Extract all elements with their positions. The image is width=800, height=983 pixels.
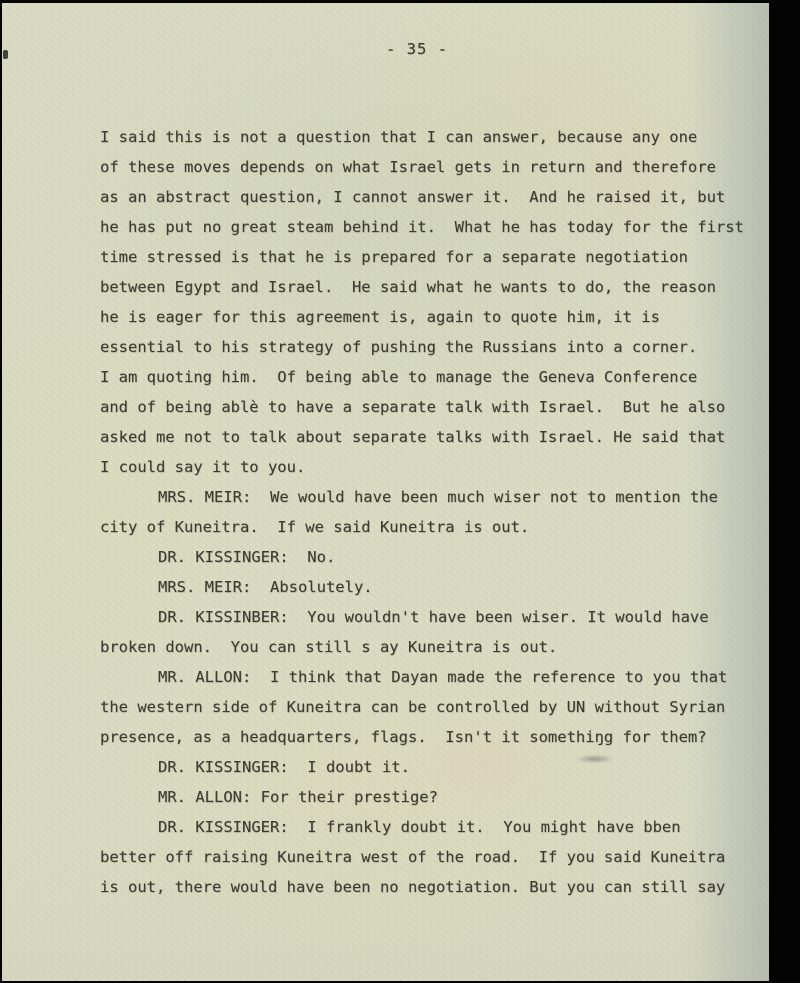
- text-line: MR. ALLON: I think that Dayan made the r…: [100, 662, 774, 692]
- text-line: better off raising Kuneitra west of the …: [100, 842, 774, 872]
- text-line: as an abstract question, I cannot answer…: [100, 182, 774, 212]
- pencil-smudge: [576, 755, 614, 763]
- edge-ink-speck: [3, 50, 8, 59]
- page-number: - 35 -: [386, 39, 448, 59]
- text-line: MRS. MEIR: We would have been much wiser…: [100, 482, 774, 512]
- text-block: I said this is not a question that I can…: [100, 122, 774, 902]
- text-line: I could say it to you.: [100, 452, 774, 482]
- text-line: is out, there would have been no negotia…: [100, 872, 774, 902]
- text-line: city of Kuneitra. If we said Kuneitra is…: [100, 512, 774, 542]
- text-line: asked me not to talk about separate talk…: [100, 422, 774, 452]
- text-line: I am quoting him. Of being able to manag…: [100, 362, 774, 392]
- text-line: and of being ablè to have a separate tal…: [100, 392, 774, 422]
- text-line: I said this is not a question that I can…: [100, 122, 774, 152]
- text-line: DR. KISSINGER: No.: [100, 542, 774, 572]
- text-line: he is eager for this agreement is, again…: [100, 302, 774, 332]
- text-line: he has put no great steam behind it. Wha…: [100, 212, 774, 242]
- document-page: - 35 - I said this is not a question tha…: [2, 3, 769, 981]
- text-line: presence, as a headquarters, flags. Isn'…: [100, 722, 774, 752]
- text-line: MRS. MEIR: Absolutely.: [100, 572, 774, 602]
- scanned-document: - 35 - I said this is not a question tha…: [0, 0, 800, 983]
- text-line: DR. KISSINGER: I doubt it.: [100, 752, 774, 782]
- text-line: of these moves depends on what Israel ge…: [100, 152, 774, 182]
- text-line: time stressed is that he is prepared for…: [100, 242, 774, 272]
- text-line: DR. KISSINBER: You wouldn't have been wi…: [100, 602, 774, 632]
- text-line: broken down. You can still s ay Kuneitra…: [100, 632, 774, 662]
- text-line: between Egypt and Israel. He said what h…: [100, 272, 774, 302]
- text-line: essential to his strategy of pushing the…: [100, 332, 774, 362]
- text-line: MR. ALLON: For their prestige?: [100, 782, 774, 812]
- text-line: DR. KISSINGER: I frankly doubt it. You m…: [100, 812, 774, 842]
- text-line: the western side of Kuneitra can be cont…: [100, 692, 774, 722]
